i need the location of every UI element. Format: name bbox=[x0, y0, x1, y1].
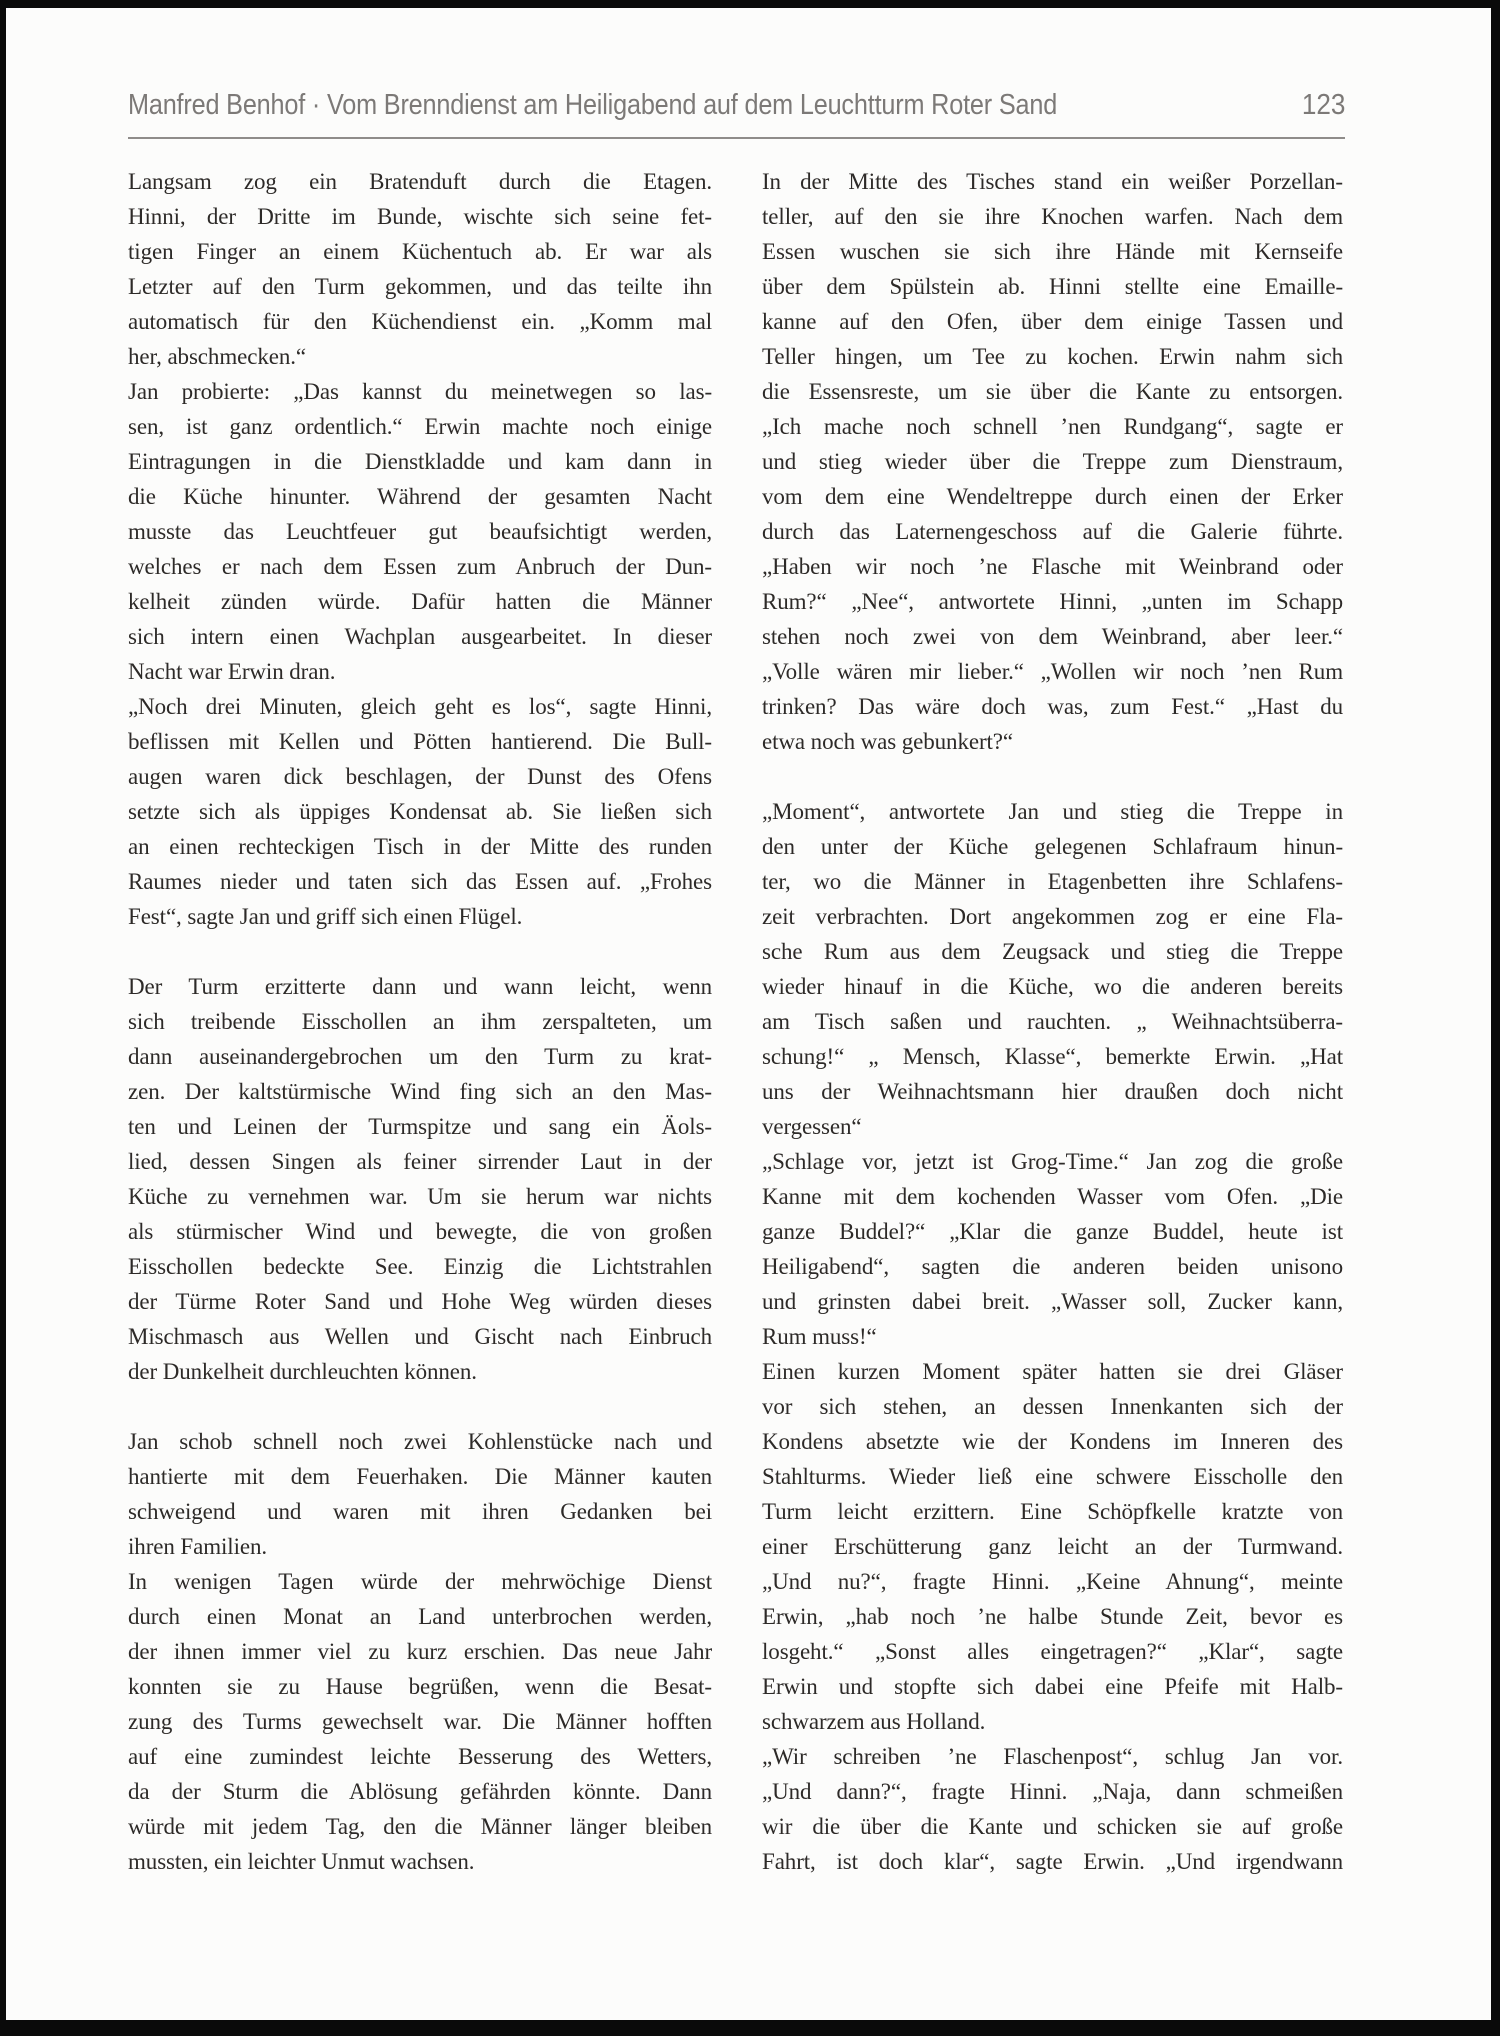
running-header-title: Manfred Benhof · Vom Brenndienst am Heil… bbox=[128, 91, 1057, 120]
text-line: Erwin und stopfte sich dabei eine Pfeife… bbox=[762, 1669, 1343, 1704]
text-line: Rum muss!“ bbox=[762, 1319, 1343, 1354]
text-line: einer Erschütterung ganz leicht an der T… bbox=[762, 1529, 1343, 1564]
text-line: da der Sturm die Ablösung gefährden könn… bbox=[128, 1774, 712, 1809]
text-line: Fest“, sagte Jan und griff sich einen Fl… bbox=[128, 899, 712, 934]
header-rule bbox=[128, 137, 1345, 139]
text-line: tigen Finger an einem Küchentuch ab. Er … bbox=[128, 234, 712, 269]
text-line: sich intern einen Wachplan ausgearbeitet… bbox=[128, 619, 712, 654]
text-line: hantierte mit dem Feuerhaken. Die Männer… bbox=[128, 1459, 712, 1494]
text-line: uns der Weihnachtsmann hier draußen doch… bbox=[762, 1074, 1343, 1109]
text-line: Hinni, der Dritte im Bunde, wischte sich… bbox=[128, 199, 712, 234]
text-line: Kanne mit dem kochenden Wasser vom Ofen.… bbox=[762, 1179, 1343, 1214]
text-line: mussten, ein leichter Unmut wachsen. bbox=[128, 1844, 712, 1879]
text-line: „Volle wären mir lieber.“ „Wollen wir no… bbox=[762, 654, 1343, 689]
text-line: dann auseinandergebrochen um den Turm zu… bbox=[128, 1039, 712, 1074]
text-line: Mischmasch aus Wellen und Gischt nach Ei… bbox=[128, 1319, 712, 1354]
text-line: der Türme Roter Sand und Hohe Weg würden… bbox=[128, 1284, 712, 1319]
left-column: Langsam zog ein Bratenduft durch die Eta… bbox=[128, 164, 712, 1879]
text-line: an einen rechteckigen Tisch in der Mitte… bbox=[128, 829, 712, 864]
text-line: Rum?“ „Nee“, antwortete Hinni, „unten im… bbox=[762, 584, 1343, 619]
text-line: wir die über die Kante und schicken sie … bbox=[762, 1809, 1343, 1844]
text-line: zeit verbrachten. Dort angekommen zog er… bbox=[762, 899, 1343, 934]
blank-line bbox=[762, 759, 1343, 794]
text-line: Teller hingen, um Tee zu kochen. Erwin n… bbox=[762, 339, 1343, 374]
text-line: In der Mitte des Tisches stand ein weiße… bbox=[762, 164, 1343, 199]
text-line: Raumes nieder und taten sich das Essen a… bbox=[128, 864, 712, 899]
text-line: Der Turm erzitterte dann und wann leicht… bbox=[128, 969, 712, 1004]
text-line: Turm leicht erzittern. Eine Schöpfkelle … bbox=[762, 1494, 1343, 1529]
text-line: losgeht.“ „Sonst alles eingetragen?“ „Kl… bbox=[762, 1634, 1343, 1669]
text-line: teller, auf den sie ihre Knochen warfen.… bbox=[762, 199, 1343, 234]
text-line: sche Rum aus dem Zeugsack und stieg die … bbox=[762, 934, 1343, 969]
text-line: Heiligabend“, sagten die anderen beiden … bbox=[762, 1249, 1343, 1284]
text-line: kelheit zünden würde. Dafür hatten die M… bbox=[128, 584, 712, 619]
text-line: sich treibende Eisschollen an ihm zerspa… bbox=[128, 1004, 712, 1039]
text-line: durch einen Monat an Land unterbrochen w… bbox=[128, 1599, 712, 1634]
text-line: etwa noch was gebunkert?“ bbox=[762, 724, 1343, 759]
text-line: ganze Buddel?“ „Klar die ganze Buddel, h… bbox=[762, 1214, 1343, 1249]
page-header: Manfred Benhof · Vom Brenndienst am Heil… bbox=[128, 80, 1345, 122]
text-line: vor sich stehen, an dessen Innenkanten s… bbox=[762, 1389, 1343, 1424]
text-line: und grinsten dabei breit. „Wasser soll, … bbox=[762, 1284, 1343, 1319]
text-line: automatisch für den Küchendienst ein. „K… bbox=[128, 304, 712, 339]
text-line: „Schlage vor, jetzt ist Grog-Time.“ Jan … bbox=[762, 1144, 1343, 1179]
text-line: „Und dann?“, fragte Hinni. „Naja, dann s… bbox=[762, 1774, 1343, 1809]
text-line: schwarzem aus Holland. bbox=[762, 1704, 1343, 1739]
text-line: der ihnen immer viel zu kurz erschien. D… bbox=[128, 1634, 712, 1669]
text-line: „Und nu?“, fragte Hinni. „Keine Ahnung“,… bbox=[762, 1564, 1343, 1599]
text-line: vergessen“ bbox=[762, 1109, 1343, 1144]
text-line: Kondens absetzte wie der Kondens im Inne… bbox=[762, 1424, 1343, 1459]
text-line: Küche zu vernehmen war. Um sie herum war… bbox=[128, 1179, 712, 1214]
text-line: trinken? Das wäre doch was, zum Fest.“ „… bbox=[762, 689, 1343, 724]
text-line: „Moment“, antwortete Jan und stieg die T… bbox=[762, 794, 1343, 829]
text-line: der Dunkelheit durchleuchten können. bbox=[128, 1354, 712, 1389]
text-line: kanne auf den Ofen, über dem einige Tass… bbox=[762, 304, 1343, 339]
text-line: Langsam zog ein Bratenduft durch die Eta… bbox=[128, 164, 712, 199]
text-line: würde mit jedem Tag, den die Männer läng… bbox=[128, 1809, 712, 1844]
text-line: wieder hinauf in die Küche, wo die ander… bbox=[762, 969, 1343, 1004]
text-line: Nacht war Erwin dran. bbox=[128, 654, 712, 689]
text-line: beflissen mit Kellen und Pötten hantiere… bbox=[128, 724, 712, 759]
text-line: ihren Familien. bbox=[128, 1529, 712, 1564]
text-line: In wenigen Tagen würde der mehrwöchige D… bbox=[128, 1564, 712, 1599]
text-line: ten und Leinen der Turmspitze und sang e… bbox=[128, 1109, 712, 1144]
text-line: Einen kurzen Moment später hatten sie dr… bbox=[762, 1354, 1343, 1389]
text-columns: Langsam zog ein Bratenduft durch die Eta… bbox=[128, 164, 1343, 1879]
blank-line bbox=[128, 1389, 712, 1424]
text-line: als stürmischer Wind und bewegte, die vo… bbox=[128, 1214, 712, 1249]
text-line: über dem Spülstein ab. Hinni stellte ein… bbox=[762, 269, 1343, 304]
text-line: Eisschollen bedeckte See. Einzig die Lic… bbox=[128, 1249, 712, 1284]
text-line: sen, ist ganz ordentlich.“ Erwin machte … bbox=[128, 409, 712, 444]
text-line: die Küche hinunter. Während der gesamten… bbox=[128, 479, 712, 514]
text-line: „Wir schreiben ’ne Flaschenpost“, schlug… bbox=[762, 1739, 1343, 1774]
text-line: auf eine zumindest leichte Besserung des… bbox=[128, 1739, 712, 1774]
text-line: setzte sich als üppiges Kondensat ab. Si… bbox=[128, 794, 712, 829]
text-line: Jan probierte: „Das kannst du meinetwege… bbox=[128, 374, 712, 409]
text-line: augen waren dick beschlagen, der Dunst d… bbox=[128, 759, 712, 794]
text-line: durch das Laternengeschoss auf die Galer… bbox=[762, 514, 1343, 549]
text-line: Eintragungen in die Dienstkladde und kam… bbox=[128, 444, 712, 479]
text-line: den unter der Küche gelegenen Schlafraum… bbox=[762, 829, 1343, 864]
blank-line bbox=[128, 934, 712, 969]
right-column: In der Mitte des Tisches stand ein weiße… bbox=[762, 164, 1343, 1879]
text-line: konnten sie zu Hause begrüßen, wenn die … bbox=[128, 1669, 712, 1704]
text-line: und stieg wieder über die Treppe zum Die… bbox=[762, 444, 1343, 479]
text-line: schweigend und waren mit ihren Gedanken … bbox=[128, 1494, 712, 1529]
text-line: lied, dessen Singen als feiner sirrender… bbox=[128, 1144, 712, 1179]
text-line: Erwin, „hab noch ’ne halbe Stunde Zeit, … bbox=[762, 1599, 1343, 1634]
text-line: Letzter auf den Turm gekommen, und das t… bbox=[128, 269, 712, 304]
text-line: „Ich mache noch schnell ’nen Rundgang“, … bbox=[762, 409, 1343, 444]
page-number: 123 bbox=[1301, 91, 1345, 120]
text-line: am Tisch saßen und rauchten. „ Weihnacht… bbox=[762, 1004, 1343, 1039]
text-line: musste das Leuchtfeuer gut beaufsichtigt… bbox=[128, 514, 712, 549]
text-line: ter, wo die Männer in Etagenbetten ihre … bbox=[762, 864, 1343, 899]
text-line: „Haben wir noch ’ne Flasche mit Weinbran… bbox=[762, 549, 1343, 584]
page-frame: { "header": { "title": "Manfred Benhof ·… bbox=[0, 0, 1500, 2036]
text-line: her, abschmecken.“ bbox=[128, 339, 712, 374]
text-line: vom dem eine Wendeltreppe durch einen de… bbox=[762, 479, 1343, 514]
text-line: Jan schob schnell noch zwei Kohlenstücke… bbox=[128, 1424, 712, 1459]
text-line: zung des Turms gewechselt war. Die Männe… bbox=[128, 1704, 712, 1739]
text-line: schung!“ „ Mensch, Klasse“, bemerkte Erw… bbox=[762, 1039, 1343, 1074]
text-line: welches er nach dem Essen zum Anbruch de… bbox=[128, 549, 712, 584]
text-line: Stahlturms. Wieder ließ eine schwere Eis… bbox=[762, 1459, 1343, 1494]
text-line: „Noch drei Minuten, gleich geht es los“,… bbox=[128, 689, 712, 724]
text-line: Essen wuschen sie sich ihre Hände mit Ke… bbox=[762, 234, 1343, 269]
book-page: Manfred Benhof · Vom Brenndienst am Heil… bbox=[6, 8, 1491, 2020]
text-line: Fahrt, ist doch klar“, sagte Erwin. „Und… bbox=[762, 1844, 1343, 1879]
text-line: zen. Der kaltstürmische Wind fing sich a… bbox=[128, 1074, 712, 1109]
text-line: die Essensreste, um sie über die Kante z… bbox=[762, 374, 1343, 409]
text-line: stehen noch zwei von dem Weinbrand, aber… bbox=[762, 619, 1343, 654]
